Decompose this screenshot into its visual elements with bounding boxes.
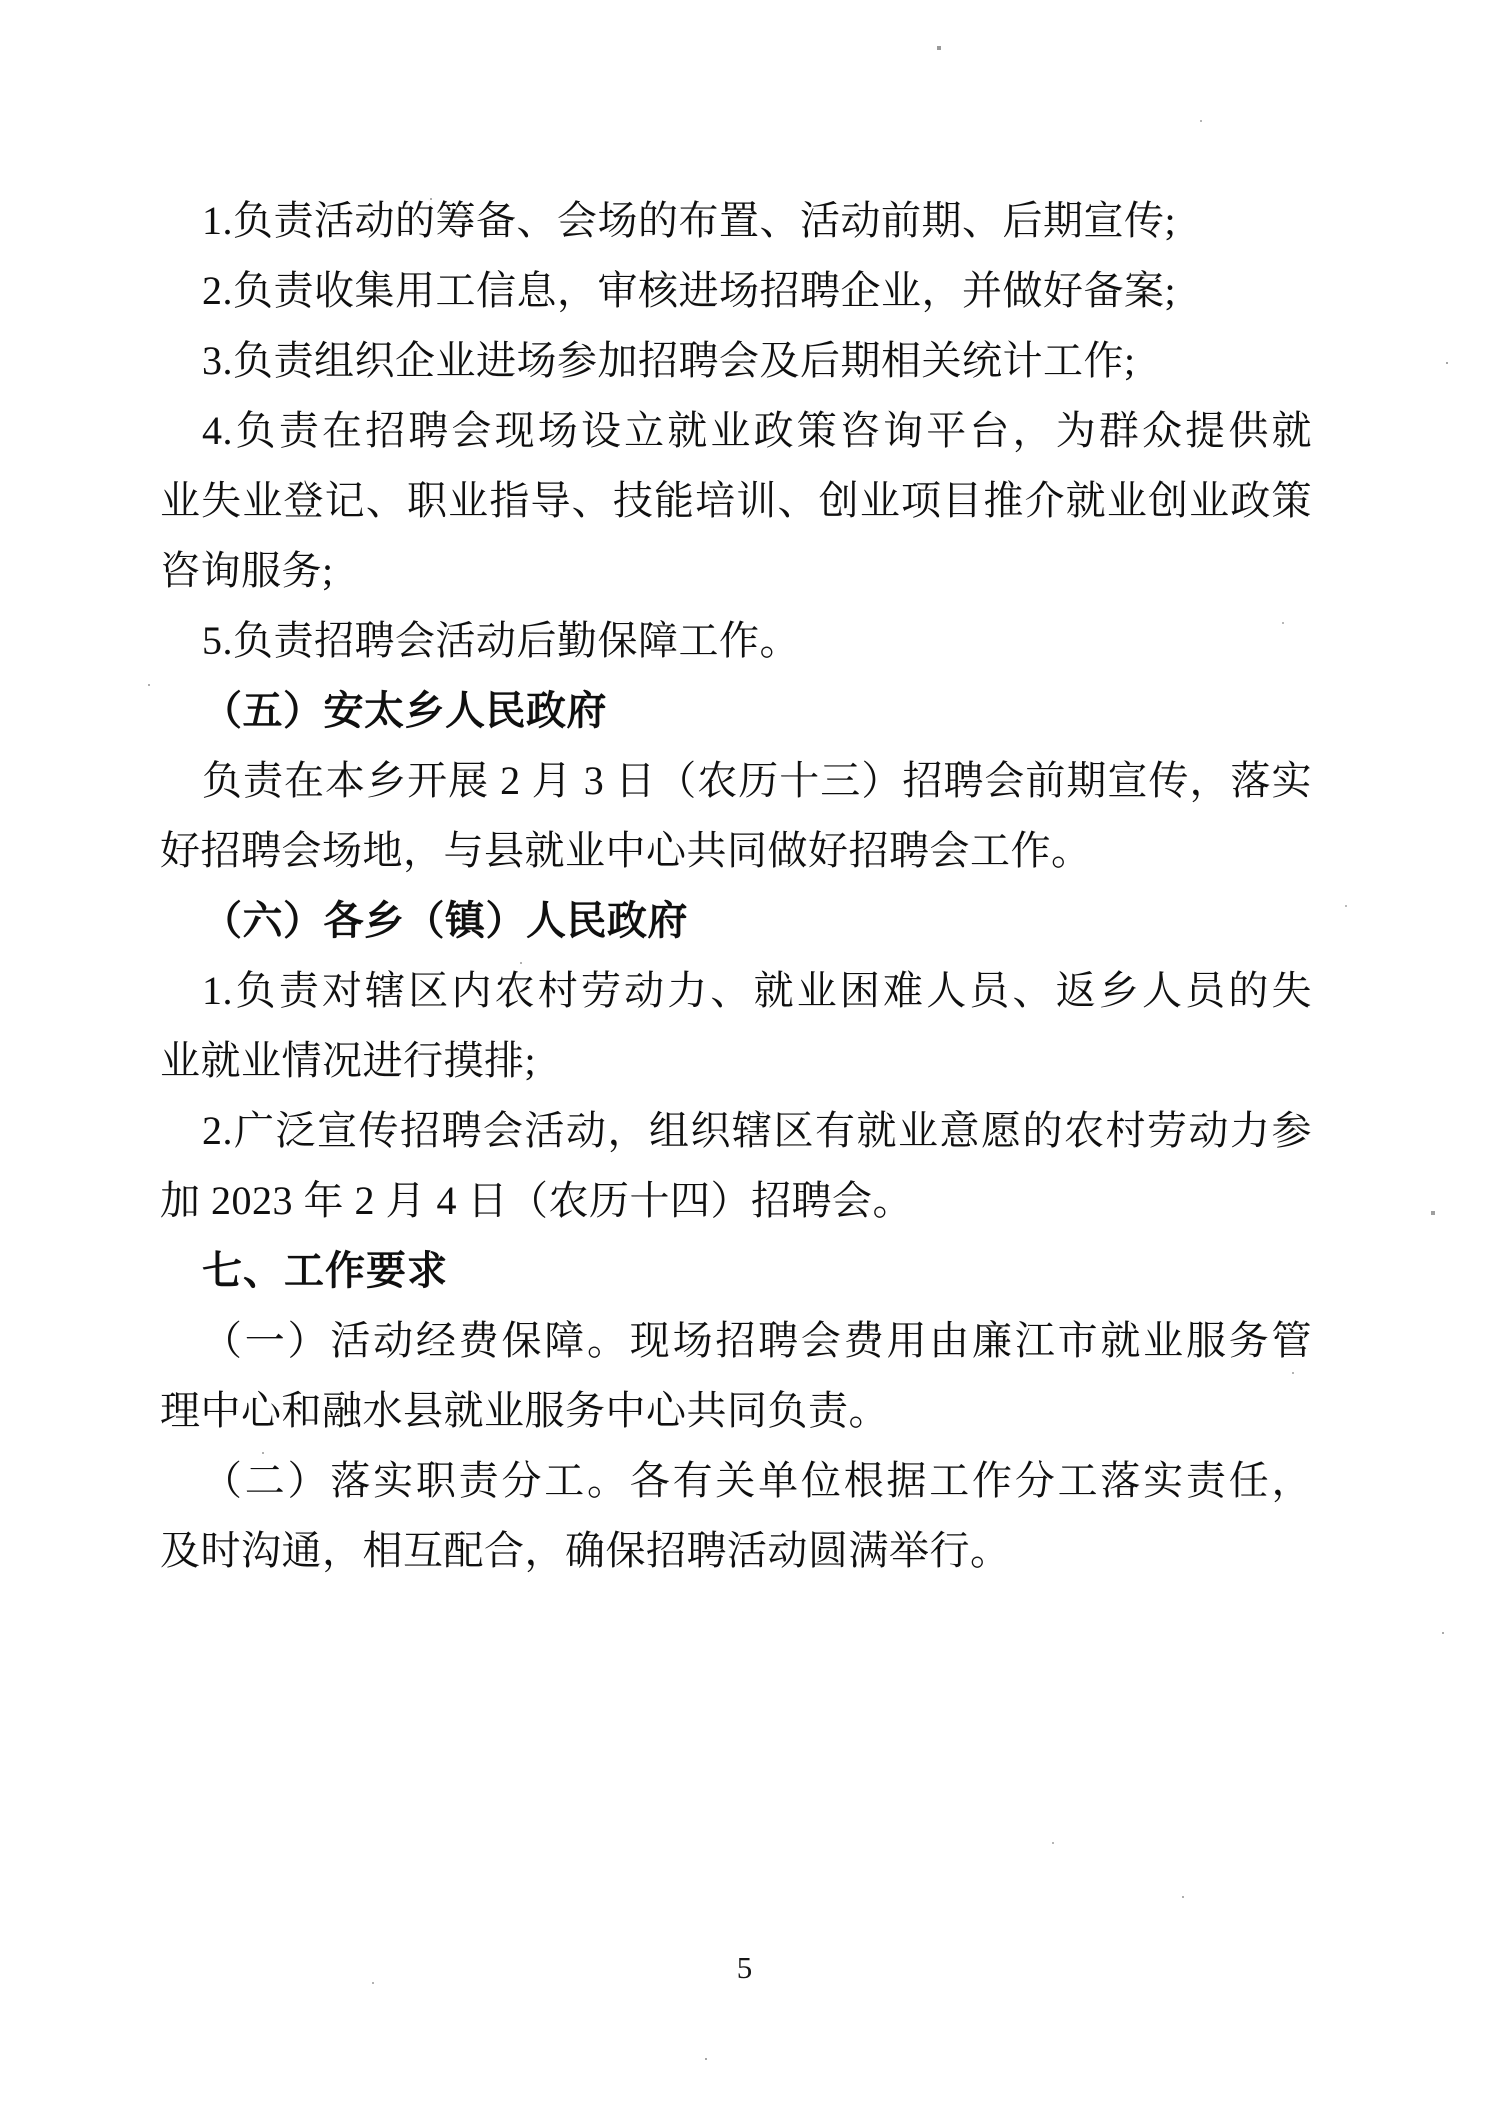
text-line: 好招聘会场地，与县就业中心共同做好招聘会工作。 [160,816,1312,886]
document-page: 1.负责活动的筹备、会场的布置、活动前期、后期宣传; 2.负责收集用工信息，审核… [0,0,1489,2106]
heading-part-7: 七、工作要求 [160,1236,1312,1306]
text-line: 2.广泛宣传招聘会活动，组织辖区有就业意愿的农村劳动力参 [160,1096,1312,1166]
text-line: 1.负责活动的筹备、会场的布置、活动前期、后期宣传; [160,186,1312,256]
text-line: 及时沟通，相互配合，确保招聘活动圆满举行。 [160,1516,1312,1586]
heading-section-5: （五）安太乡人民政府 [160,676,1312,746]
text-line: 负责在本乡开展 2 月 3 日（农历十三）招聘会前期宣传，落实 [160,746,1312,816]
document-body: 1.负责活动的筹备、会场的布置、活动前期、后期宣传; 2.负责收集用工信息，审核… [160,186,1312,1586]
text-line: 理中心和融水县就业服务中心共同负责。 [160,1376,1312,1446]
text-line: 加 2023 年 2 月 4 日（农历十四）招聘会。 [160,1166,1312,1236]
text-line: （二）落实职责分工。各有关单位根据工作分工落实责任， [160,1446,1312,1516]
text-line: 1.负责对辖区内农村劳动力、就业困难人员、返乡人员的失 [160,956,1312,1026]
text-line: 5.负责招聘会活动后勤保障工作。 [160,606,1312,676]
page-number: 5 [0,1950,1489,1986]
text-line: 业失业登记、职业指导、技能培训、创业项目推介就业创业政策 [160,466,1312,536]
text-line: 2.负责收集用工信息，审核进场招聘企业，并做好备案; [160,256,1312,326]
heading-section-6: （六）各乡（镇）人民政府 [160,886,1312,956]
text-line: （一）活动经费保障。现场招聘会费用由廉江市就业服务管 [160,1306,1312,1376]
text-line: 咨询服务; [160,536,1312,606]
text-line: 4.负责在招聘会现场设立就业政策咨询平台，为群众提供就 [160,396,1312,466]
text-line: 业就业情况进行摸排; [160,1026,1312,1096]
scan-noise [0,0,2,2]
text-line: 3.负责组织企业进场参加招聘会及后期相关统计工作; [160,326,1312,396]
